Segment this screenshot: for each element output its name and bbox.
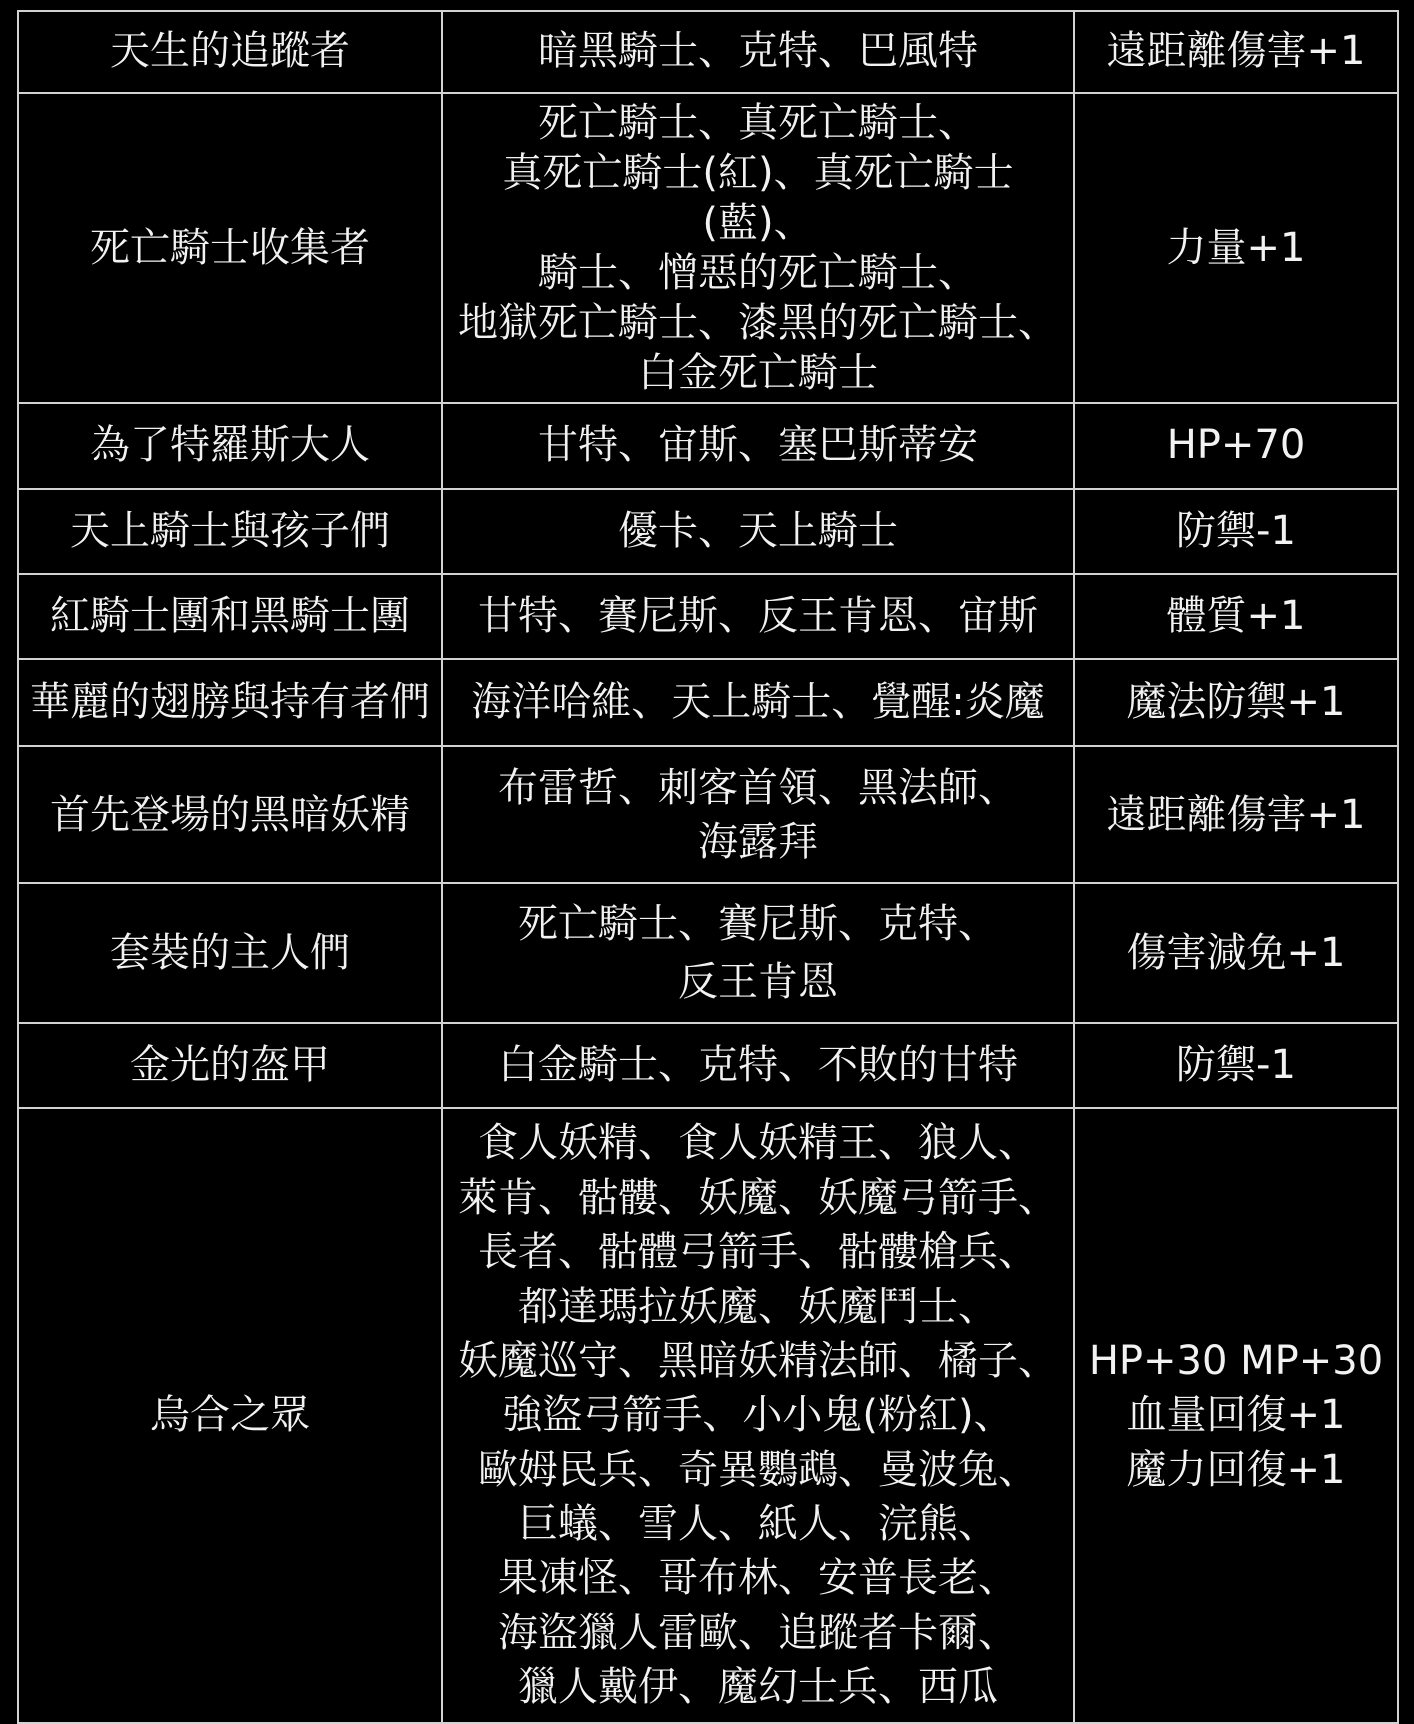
monsters-cell: 優卡、天上騎士 [442, 489, 1074, 574]
monsters-cell: 布雷哲、刺客首領、黑法師、 海露拜 [442, 746, 1074, 883]
effect-cell: 力量+1 [1074, 93, 1398, 403]
collection-table: 天生的追蹤者 暗黑騎士、克特、巴風特 遠距離傷害+1 死亡騎士收集者 死亡騎士、… [17, 10, 1399, 1724]
collection-name-cell: 華麗的翅膀與持有者們 [18, 659, 442, 746]
collection-name-cell: 紅騎士團和黑騎士團 [18, 574, 442, 659]
effect-cell: 遠距離傷害+1 [1074, 11, 1398, 93]
monsters-cell: 白金騎士、克特、不敗的甘特 [442, 1023, 1074, 1108]
effect-cell: 傷害減免+1 [1074, 883, 1398, 1023]
collection-name-cell: 首先登場的黑暗妖精 [18, 746, 442, 883]
table-row: 死亡騎士收集者 死亡騎士、真死亡騎士、 真死亡騎士(紅)、真死亡騎士(藍)、 騎… [18, 93, 1398, 403]
table-row: 烏合之眾 食人妖精、食人妖精王、狼人、 萊肯、骷髏、妖魔、妖魔弓箭手、 長者、骷… [18, 1108, 1398, 1723]
table-row: 天上騎士與孩子們 優卡、天上騎士 防禦-1 [18, 489, 1398, 574]
effect-cell: 魔法防禦+1 [1074, 659, 1398, 746]
monsters-cell: 死亡騎士、真死亡騎士、 真死亡騎士(紅)、真死亡騎士(藍)、 騎士、憎惡的死亡騎… [442, 93, 1074, 403]
collection-name-cell: 為了特羅斯大人 [18, 403, 442, 489]
effect-cell: HP+30 MP+30 血量回復+1 魔力回復+1 [1074, 1108, 1398, 1723]
table-row: 華麗的翅膀與持有者們 海洋哈維、天上騎士、覺醒:炎魔 魔法防禦+1 [18, 659, 1398, 746]
table-row: 為了特羅斯大人 甘特、宙斯、塞巴斯蒂安 HP+70 [18, 403, 1398, 489]
monsters-cell: 暗黑騎士、克特、巴風特 [442, 11, 1074, 93]
table-row: 金光的盔甲 白金騎士、克特、不敗的甘特 防禦-1 [18, 1023, 1398, 1108]
effect-cell: 防禦-1 [1074, 1023, 1398, 1108]
effect-cell: 防禦-1 [1074, 489, 1398, 574]
table-row: 紅騎士團和黑騎士團 甘特、賽尼斯、反王肯恩、宙斯 體質+1 [18, 574, 1398, 659]
effect-cell: HP+70 [1074, 403, 1398, 489]
page-background: 天生的追蹤者 暗黑騎士、克特、巴風特 遠距離傷害+1 死亡騎士收集者 死亡騎士、… [0, 0, 1414, 1722]
table-row: 首先登場的黑暗妖精 布雷哲、刺客首領、黑法師、 海露拜 遠距離傷害+1 [18, 746, 1398, 883]
collection-name-cell: 金光的盔甲 [18, 1023, 442, 1108]
monsters-cell: 食人妖精、食人妖精王、狼人、 萊肯、骷髏、妖魔、妖魔弓箭手、 長者、骷體弓箭手、… [442, 1108, 1074, 1723]
collection-name-cell: 烏合之眾 [18, 1108, 442, 1723]
effect-cell: 體質+1 [1074, 574, 1398, 659]
collection-name-cell: 死亡騎士收集者 [18, 93, 442, 403]
monsters-cell: 甘特、宙斯、塞巴斯蒂安 [442, 403, 1074, 489]
collection-name-cell: 天上騎士與孩子們 [18, 489, 442, 574]
table-row: 套裝的主人們 死亡騎士、賽尼斯、克特、 反王肯恩 傷害減免+1 [18, 883, 1398, 1023]
monsters-cell: 海洋哈維、天上騎士、覺醒:炎魔 [442, 659, 1074, 746]
table-row: 天生的追蹤者 暗黑騎士、克特、巴風特 遠距離傷害+1 [18, 11, 1398, 93]
collection-name-cell: 套裝的主人們 [18, 883, 442, 1023]
collection-name-cell: 天生的追蹤者 [18, 11, 442, 93]
monsters-cell: 死亡騎士、賽尼斯、克特、 反王肯恩 [442, 883, 1074, 1023]
monsters-cell: 甘特、賽尼斯、反王肯恩、宙斯 [442, 574, 1074, 659]
effect-cell: 遠距離傷害+1 [1074, 746, 1398, 883]
